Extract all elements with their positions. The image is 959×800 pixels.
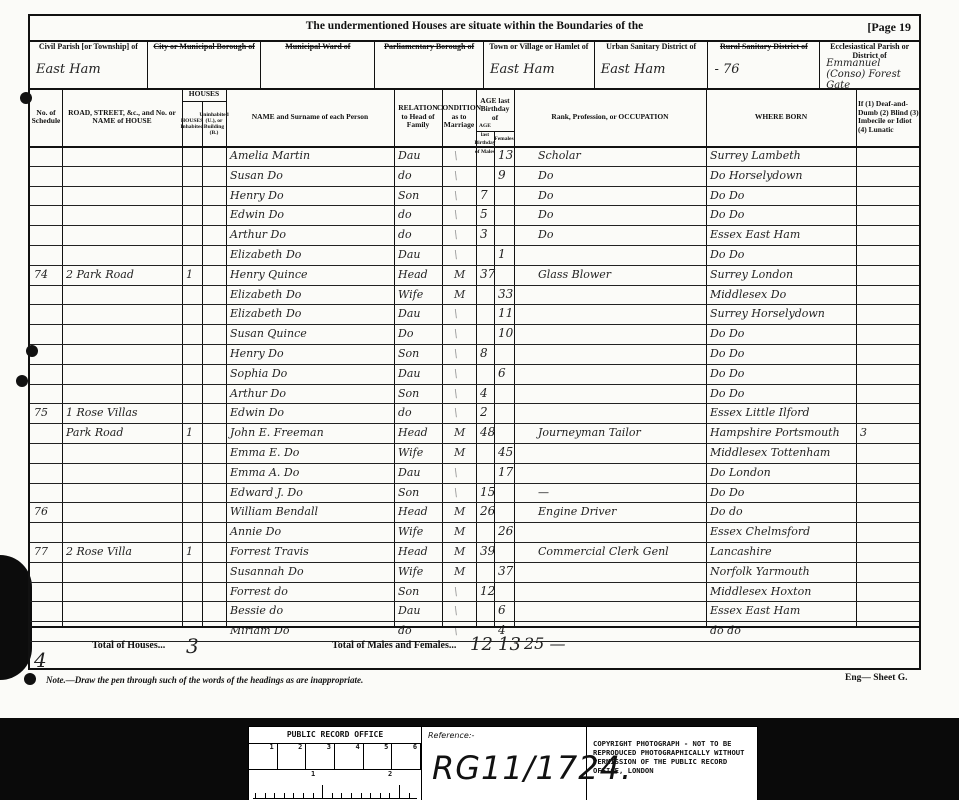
cell-address: 1 Rose Villas [66,403,138,422]
cell-name: Susannah Do [230,562,304,581]
footnote: Note.—Draw the pen through such of the w… [46,675,363,685]
table-row: 772 Rose Villa1Forrest TravisHeadM39Comm… [30,542,919,562]
cell-name: Elizabeth Do [230,285,301,304]
cell-name: John E. Freeman [230,423,324,442]
scale-top: 123456 [249,743,421,770]
scale-mark: 5 [364,743,393,769]
table-row: Emma E. DoWifeM45Middlesex Tottenham [30,443,919,463]
column-header: Rank, Profession, or OCCUPATION [514,88,706,146]
cell-female: 45 [498,443,513,462]
cell-born: Do Do [710,344,744,363]
cell-sched: 77 [34,542,48,561]
boundary-label: Parliamentary Borough of [375,40,483,51]
table-row: 751 Rose VillasEdwin Dodo\2Essex Little … [30,403,919,423]
cell-female: 11 [498,304,513,323]
page-number: [Page 19 [867,20,911,35]
column-header: RELATION to Head of Family [394,88,442,146]
column-header: CONDITION as to Marriage [442,88,476,146]
cell-rel: do [398,166,412,185]
column-header: AGE last Birthday of Males [476,132,494,146]
cell-rel: Dau [398,245,420,264]
table-row: Amelia MartinDau\13ScholarSurrey Lambeth [30,146,919,166]
cell-born: Do London [710,463,771,482]
cell-inh: 1 [186,542,193,561]
cell-cond: \ [454,324,458,343]
cell-rel: Son [398,483,419,502]
cell-name: Edwin Do [230,403,284,422]
cell-born: Do Horselydown [710,166,802,185]
table-row: Edwin Dodo\5DoDo Do [30,205,919,225]
cell-infirm: 3 [860,423,867,442]
cell-male: 8 [480,344,488,363]
cell-female: 37 [498,562,513,581]
cell-sched: 74 [34,265,48,284]
cell-rel: Head [398,265,428,284]
boundary-label: Ecclesiastical Parish or District of [820,40,919,60]
cell-rel: Dau [398,364,420,383]
cell-rel: Dau [398,601,420,620]
scale-mark: 1 [249,743,278,769]
scale-tick [322,785,323,799]
cell-cond: \ [454,463,458,482]
boundary-cell: City or Municipal Borough of [148,40,262,88]
cell-name: Arthur Do [230,384,286,403]
cell-cond: \ [454,186,458,205]
cell-name: Susan Quince [230,324,307,343]
cell-rel: Son [398,186,419,205]
total-persons-label: Total of Males and Females... [332,640,456,651]
cell-born: Do Do [710,364,744,383]
cell-born: Essex East Ham [710,601,800,620]
column-header: NAME and Surname of each Person [226,88,394,146]
cell-name: Bessie do [230,601,283,620]
cell-name: Susan Do [230,166,283,185]
cell-cond: \ [454,384,458,403]
cell-male: 3 [480,225,488,244]
table-row: Susannah DoWifeM37Norfolk Yarmouth [30,562,919,582]
cell-name: Annie Do [230,522,281,541]
scale-tick [399,785,400,799]
table-row: Susan Dodo\9DoDo Horselydown [30,166,919,186]
boundary-label: Urban Sanitary District of [595,40,708,51]
cell-born: Middlesex Hoxton [710,582,811,601]
census-form: The undermentioned Houses are situate wi… [28,14,921,670]
cell-occ: Commercial Clerk Genl [538,542,669,561]
cell-rel: Wife [398,285,423,304]
cell-occ: Engine Driver [538,502,616,521]
cell-born: Surrey Horselydown [710,304,825,323]
table-row: Elizabeth DoDau\1Do Do [30,245,919,265]
cell-cond: \ [454,601,458,620]
cell-occ: Do [538,166,553,185]
cell-born: Middlesex Do [710,285,786,304]
cell-rel: Son [398,384,419,403]
cell-cond: \ [454,225,458,244]
cell-cond: \ [454,245,458,264]
sheet-id: Eng— Sheet G. [845,673,908,683]
cell-female: 1 [498,245,506,264]
cell-born: Do Do [710,205,744,224]
cell-name: Edwin Do [230,205,284,224]
table-row: Henry DoSon\8Do Do [30,344,919,364]
cell-name: Arthur Do [230,225,286,244]
cell-occ: Scholar [538,146,581,165]
cell-male: 37 [480,265,495,284]
cell-cond: M [454,522,465,541]
cell-rel: Head [398,502,428,521]
cell-male: 2 [480,403,488,422]
cell-name: Sophia Do [230,364,287,383]
cell-female: 9 [498,166,506,185]
table-row: Forrest doSon\12Middlesex Hoxton [30,582,919,602]
boundary-label: Civil Parish [or Township] of [30,40,147,51]
boundary-label: Town or Village or Hamlet of [484,40,594,51]
cell-born: Norfolk Yarmouth [710,562,810,581]
boundary-cell: Rural Sanitary District of- 76 [708,40,820,88]
cell-male: 5 [480,205,488,224]
cell-rel: Son [398,344,419,363]
scale-mark: 4 [335,743,364,769]
column-header: Uninhabited (U.), or Building (B.) [202,102,226,146]
houses-group-header: HOUSES [182,88,226,102]
scale-baseline [253,798,417,799]
cell-rel: Son [398,582,419,601]
table-row: Emma A. DoDau\17Do London [30,463,919,483]
cell-rel: Wife [398,562,423,581]
cell-born: Lancashire [710,542,772,561]
cell-address: Park Road [66,423,123,442]
boundary-cell: Parliamentary Borough of [375,40,484,88]
cell-born: Do Do [710,186,744,205]
cell-occ: Do [538,225,553,244]
cell-male: 4 [480,384,488,403]
cell-male: 7 [480,186,488,205]
cell-born: Hampshire Portsmouth [710,423,840,442]
scale-number: 2 [388,770,392,778]
cell-born: Do Do [710,384,744,403]
cell-name: Amelia Martin [230,146,310,165]
binding-hole [24,673,36,685]
cell-female: 33 [498,285,513,304]
cell-cond: \ [454,205,458,224]
cell-cond: \ [454,582,458,601]
cell-name: Henry Quince [230,265,308,284]
cell-address: 2 Park Road [66,265,134,284]
cell-rel: Do [398,324,413,343]
scale-rule: PUBLIC RECORD OFFICE 123456 12 [249,727,422,800]
boundary-value: - 76 [714,62,739,77]
boundary-label: City or Municipal Borough of [148,40,261,51]
table-row: Susan QuinceDo\10Do Do [30,324,919,344]
boundary-cell: Town or Village or Hamlet ofEast Ham [484,40,595,88]
cell-cond: M [454,265,465,284]
column-header: ROAD, STREET, &c., and No. or NAME of HO… [62,88,182,146]
boundary-cell: Civil Parish [or Township] ofEast Ham [30,40,148,88]
cell-born: Essex East Ham [710,225,800,244]
cell-inh: 1 [186,265,193,284]
age-group-header: AGE last Birthday of [476,88,514,132]
cell-rel: Wife [398,443,423,462]
cell-name: William Bendall [230,502,318,521]
cell-born: Middlesex Tottenham [710,443,830,462]
cell-born: Do do [710,502,743,521]
cell-born: Do Do [710,483,744,502]
cell-born: Surrey London [710,265,793,284]
cell-born: Essex Little Ilford [710,403,810,422]
table-row: Arthur Dodo\3DoEssex East Ham [30,225,919,245]
total-houses-label: Total of Houses... [92,640,165,651]
cell-occ: Journeyman Tailor [538,423,641,442]
boundary-cell: Ecclesiastical Parish or District ofEmma… [820,40,919,88]
cell-name: Elizabeth Do [230,304,301,323]
boundary-value: East Ham [490,62,555,77]
cell-occ: Do [538,205,553,224]
cell-cond: \ [454,344,458,363]
table-row: Edward J. DoSon\15—Do Do [30,483,919,503]
cell-female: 6 [498,601,506,620]
boundary-value: Emmanuel (Conso) Forest Gate [826,58,919,91]
cell-female: 13 [498,146,513,165]
cell-cond: \ [454,364,458,383]
cell-cond: M [454,423,465,442]
cell-cond: M [454,542,465,561]
cell-cond: M [454,285,465,304]
cell-female: 6 [498,364,506,383]
cell-born: Essex Chelmsford [710,522,810,541]
cell-cond: M [454,562,465,581]
table-row: Elizabeth DoDau\11Surrey Horselydown [30,304,919,324]
cell-cond: \ [454,304,458,323]
scale-mark: 3 [306,743,335,769]
column-header: Females [494,132,514,146]
cell-name: Forrest do [230,582,288,601]
reference-value: RG11/1724. [432,749,632,787]
cell-name: Emma A. Do [230,463,299,482]
cell-rel: Dau [398,304,420,323]
cell-male: 12 [480,582,495,601]
table-row: Arthur DoSon\4Do Do [30,384,919,404]
cell-name: Edward J. Do [230,483,303,502]
scale-number: 1 [311,770,315,778]
office-name: PUBLIC RECORD OFFICE [249,727,421,744]
table-row: 76William BendallHeadM26Engine DriverDo … [30,502,919,522]
boundary-label: Rural Sanitary District of [708,40,819,51]
cell-cond: M [454,443,465,462]
cell-cond: \ [454,403,458,422]
census-page: The undermentioned Houses are situate wi… [0,0,959,720]
scale-mark: 6 [392,743,421,769]
table-row: Park Road1John E. FreemanHeadM48Journeym… [30,423,919,443]
cell-rel: Dau [398,463,420,482]
cell-female: 26 [498,522,513,541]
cell-rel: Wife [398,522,423,541]
table-row: Bessie doDau\6Essex East Ham [30,601,919,621]
table-row: Annie DoWifeM26Essex Chelmsford [30,522,919,542]
form-title: The undermentioned Houses are situate wi… [30,20,919,32]
cell-born: Surrey Lambeth [710,146,801,165]
scale-mark: 2 [278,743,307,769]
total-males-value: 12 [470,634,493,655]
cell-cond: \ [454,146,458,165]
title-bar: The undermentioned Houses are situate wi… [30,16,919,42]
cell-inh: 1 [186,423,193,442]
column-header: WHERE BORN [706,88,856,146]
cell-sched: 76 [34,502,48,521]
cell-male: 15 [480,483,495,502]
cell-name: Forrest Travis [230,542,309,561]
folio-number: 4 [34,648,47,672]
binding-hole [16,375,28,387]
table-row: Elizabeth DoWifeM33Middlesex Do [30,285,919,305]
total-females-value: 13 [498,634,521,655]
reference-box: Reference:- RG11/1724. [422,727,587,800]
cell-cond: M [454,502,465,521]
column-headers: No. of ScheduleROAD, STREET, &c., and No… [30,88,919,148]
cell-male: 39 [480,542,495,561]
cell-occ: — [538,483,549,502]
total-houses-value: 3 [186,634,199,658]
cell-born: Do Do [710,245,744,264]
boundary-value: East Ham [36,62,101,77]
cell-name: Henry Do [230,186,284,205]
cell-occ: Glass Blower [538,265,611,284]
cell-male: 48 [480,423,495,442]
cell-sched: 75 [34,403,48,422]
cell-rel: do [398,225,412,244]
boundary-label: Municipal Ward of [261,40,374,51]
cell-name: Emma E. Do [230,443,299,462]
column-header: If (1) Deaf-and-Dumb (2) Blind (3) Imbec… [856,88,921,146]
cell-name: Elizabeth Do [230,245,301,264]
cell-cond: \ [454,166,458,185]
cell-female: 17 [498,463,513,482]
column-header: No. of Schedule [30,88,62,146]
boundary-value: East Ham [601,62,666,77]
cell-rel: Head [398,542,428,561]
grand-total-value: 25 — [524,634,565,653]
cell-born: Do Do [710,324,744,343]
cell-male: 26 [480,502,495,521]
cell-occ: Do [538,186,553,205]
boundaries-row: Civil Parish [or Township] ofEast HamCit… [30,40,919,90]
cell-rel: Dau [398,146,420,165]
reference-label: Reference:- [428,731,474,740]
scale-bottom: 12 [249,769,421,800]
table-row: Henry DoSon\7DoDo Do [30,186,919,206]
cell-name: Henry Do [230,344,284,363]
table-row: Sophia DoDau\6Do Do [30,364,919,384]
boundary-cell: Municipal Ward of [261,40,375,88]
totals-row: Total of Houses... 3 Total of Males and … [30,626,919,668]
archive-label: PUBLIC RECORD OFFICE 123456 12 Reference… [248,726,758,800]
boundary-cell: Urban Sanitary District ofEast Ham [595,40,709,88]
cell-rel: do [398,403,412,422]
cell-rel: do [398,205,412,224]
cell-cond: \ [454,483,458,502]
cell-rel: Head [398,423,428,442]
table-row: 742 Park Road1Henry QuinceHeadM37Glass B… [30,265,919,285]
cell-female: 10 [498,324,513,343]
cell-address: 2 Rose Villa [66,542,132,561]
